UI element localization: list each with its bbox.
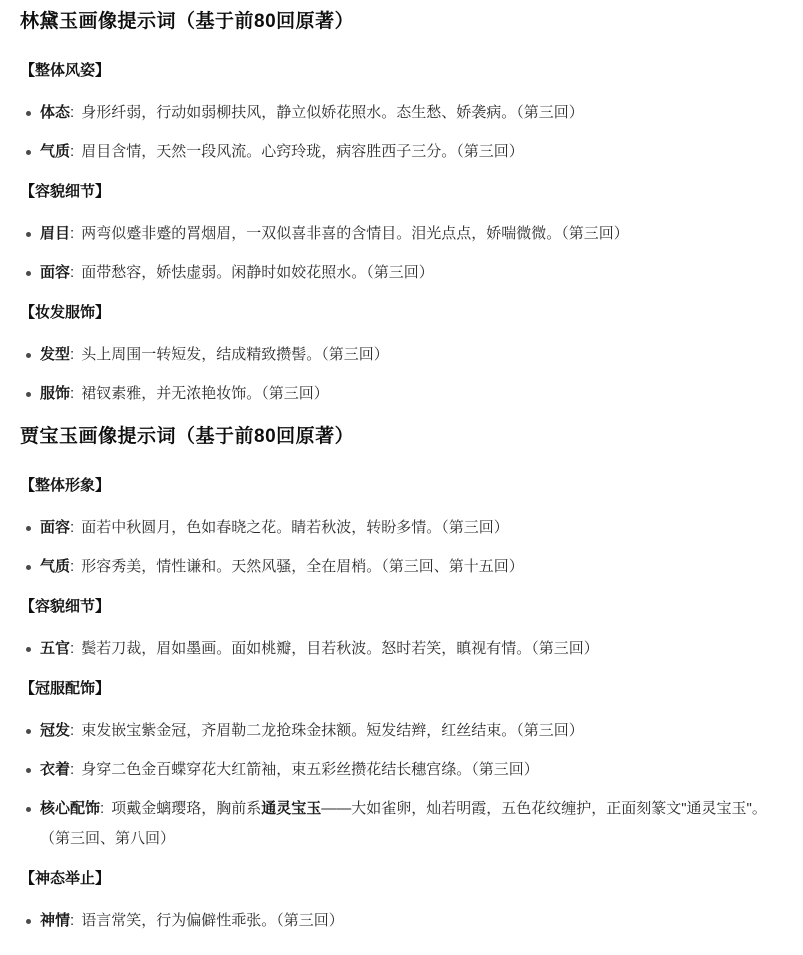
item-term: 面容 xyxy=(40,519,70,536)
bullet-dot-icon xyxy=(26,526,31,531)
list-item: 冠发:束发嵌宝紫金冠，齐眉勒二龙抢珠金抹额。短发结辫，红丝结束。（第三回） xyxy=(20,716,773,746)
list-item: 衣着:身穿二色金百蝶穿花大红箭袖，束五彩丝攒花结长穗宫绦。（第三回） xyxy=(20,755,773,785)
list-item: 体态:身形纤弱，行动如弱柳扶风，静立似娇花照水。态生愁、娇袭病。（第三回） xyxy=(20,98,773,128)
bullet-list: 神情:语言常笑，行为偏僻性乖张。（第三回） xyxy=(20,906,773,936)
item-text: 面若中秋圆月，色如春晓之花。睛若秋波，转盼多情。（第三回） xyxy=(81,519,509,536)
bullet-list: 面容:面若中秋圆月，色如春晓之花。睛若秋波，转盼多情。（第三回） 气质:形容秀美… xyxy=(20,513,773,582)
item-text: 身穿二色金百蝶穿花大红箭袖，束五彩丝攒花结长穗宫绦。（第三回） xyxy=(81,761,539,778)
item-text: 语言常笑，行为偏僻性乖张。（第三回） xyxy=(81,912,344,929)
bullet-dot-icon xyxy=(26,919,31,924)
bullet-dot-icon xyxy=(26,392,31,397)
list-item: 气质:形容秀美，情性谦和。天然风骚，全在眉梢。（第三回、第十五回） xyxy=(20,552,773,582)
page-title-lin-daiyu: 林黛玉画像提示词（基于前80回原著） xyxy=(20,8,773,36)
group-header-face-details: 【容貌细节】 xyxy=(20,180,773,204)
bullet-list: 体态:身形纤弱，行动如弱柳扶风，静立似娇花照水。态生愁、娇袭病。（第三回） 气质… xyxy=(20,98,773,167)
bullet-dot-icon xyxy=(26,150,31,155)
item-separator: : xyxy=(70,385,74,402)
list-item: 服饰:裙钗素雅，并无浓艳妆饰。（第三回） xyxy=(20,379,773,409)
item-term: 面容 xyxy=(40,264,70,281)
item-term: 体态 xyxy=(40,104,70,121)
item-term: 神情 xyxy=(40,912,70,929)
item-separator: : xyxy=(70,761,74,778)
item-term: 眉目 xyxy=(40,225,70,242)
list-item: 气质:眉目含情，天然一段风流。心窍玲珑，病容胜西子三分。（第三回） xyxy=(20,137,773,167)
section-jia-baoyu: 贾宝玉画像提示词（基于前80回原著） 【整体形象】 面容:面若中秋圆月，色如春晓… xyxy=(20,423,773,936)
bullet-dot-icon xyxy=(26,353,31,358)
list-item: 神情:语言常笑，行为偏僻性乖张。（第三回） xyxy=(20,906,773,936)
group-header-crown-accessories: 【冠服配饰】 xyxy=(20,677,773,701)
group-header-demeanor: 【神态举止】 xyxy=(20,867,773,891)
page-title-jia-baoyu: 贾宝玉画像提示词（基于前80回原著） xyxy=(20,423,773,451)
bullet-list: 五官:鬓若刀裁，眉如墨画。面如桃瓣，目若秋波。怒时若笑，瞋视有情。（第三回） xyxy=(20,634,773,664)
item-term: 冠发 xyxy=(40,722,70,739)
item-separator: : xyxy=(70,558,74,575)
bullet-dot-icon xyxy=(26,647,31,652)
group-header-overall-image: 【整体形象】 xyxy=(20,474,773,498)
item-separator: : xyxy=(70,264,74,281)
item-inline-bold: 通灵宝玉 xyxy=(261,800,321,817)
document: 林黛玉画像提示词（基于前80回原著） 【整体风姿】 体态:身形纤弱，行动如弱柳扶… xyxy=(0,0,803,955)
bullet-dot-icon xyxy=(26,232,31,237)
item-term: 气质 xyxy=(40,143,70,160)
item-term: 气质 xyxy=(40,558,70,575)
item-text: 头上周围一转短发，结成精致攒髻。（第三回） xyxy=(81,346,389,363)
list-item: 发型:头上周围一转短发，结成精致攒髻。（第三回） xyxy=(20,340,773,370)
item-text: 裙钗素雅，并无浓艳妆饰。（第三回） xyxy=(81,385,329,402)
list-item: 核心配饰:项戴金螭璎珞，胸前系通灵宝玉——大如雀卵，灿若明霞，五色花纹缠护，正面… xyxy=(20,794,773,854)
bullet-dot-icon xyxy=(26,565,31,570)
bullet-list: 冠发:束发嵌宝紫金冠，齐眉勒二龙抢珠金抹额。短发结辫，红丝结束。（第三回） 衣着… xyxy=(20,716,773,854)
item-text: 面带愁容，娇怯虚弱。闲静时如姣花照水。（第三回） xyxy=(81,264,434,281)
group-header-overall-grace: 【整体风姿】 xyxy=(20,59,773,83)
bullet-list: 发型:头上周围一转短发，结成精致攒髻。（第三回） 服饰:裙钗素雅，并无浓艳妆饰。… xyxy=(20,340,773,409)
item-text-before: 项戴金螭璎珞，胸前系 xyxy=(111,800,261,817)
bullet-dot-icon xyxy=(26,111,31,116)
group-header-face-details-2: 【容貌细节】 xyxy=(20,595,773,619)
list-item: 面容:面若中秋圆月，色如春晓之花。睛若秋波，转盼多情。（第三回） xyxy=(20,513,773,543)
bullet-list: 眉目:两弯似蹙非蹙的罥烟眉，一双似喜非喜的含情目。泪光点点，娇喘微微。（第三回）… xyxy=(20,219,773,288)
bullet-dot-icon xyxy=(26,768,31,773)
item-text: 眉目含情，天然一段风流。心窍玲珑，病容胜西子三分。（第三回） xyxy=(81,143,524,160)
item-separator: : xyxy=(70,722,74,739)
item-term: 发型 xyxy=(40,346,70,363)
list-item: 眉目:两弯似蹙非蹙的罥烟眉，一双似喜非喜的含情目。泪光点点，娇喘微微。（第三回） xyxy=(20,219,773,249)
item-term: 衣着 xyxy=(40,761,70,778)
bullet-dot-icon xyxy=(26,271,31,276)
item-term: 核心配饰 xyxy=(40,800,100,817)
item-text: 两弯似蹙非蹙的罥烟眉，一双似喜非喜的含情目。泪光点点，娇喘微微。（第三回） xyxy=(81,225,629,242)
item-separator: : xyxy=(70,225,74,242)
item-text: 束发嵌宝紫金冠，齐眉勒二龙抢珠金抹额。短发结辫，红丝结束。（第三回） xyxy=(81,722,584,739)
item-text: 形容秀美，情性谦和。天然风骚，全在眉梢。（第三回、第十五回） xyxy=(81,558,524,575)
item-text: 身形纤弱，行动如弱柳扶风，静立似娇花照水。态生愁、娇袭病。（第三回） xyxy=(81,104,584,121)
section-lin-daiyu: 林黛玉画像提示词（基于前80回原著） 【整体风姿】 体态:身形纤弱，行动如弱柳扶… xyxy=(20,8,773,409)
item-separator: : xyxy=(70,346,74,363)
list-item: 五官:鬓若刀裁，眉如墨画。面如桃瓣，目若秋波。怒时若笑，瞋视有情。（第三回） xyxy=(20,634,773,664)
item-separator: : xyxy=(100,800,104,817)
list-item: 面容:面带愁容，娇怯虚弱。闲静时如姣花照水。（第三回） xyxy=(20,258,773,288)
item-text: 鬓若刀裁，眉如墨画。面如桃瓣，目若秋波。怒时若笑，瞋视有情。（第三回） xyxy=(81,640,599,657)
item-separator: : xyxy=(70,640,74,657)
item-term: 服饰 xyxy=(40,385,70,402)
item-term: 五官 xyxy=(40,640,70,657)
item-separator: : xyxy=(70,912,74,929)
item-separator: : xyxy=(70,143,74,160)
bullet-dot-icon xyxy=(26,807,31,812)
group-header-hair-clothing: 【妆发服饰】 xyxy=(20,301,773,325)
item-separator: : xyxy=(70,519,74,536)
item-separator: : xyxy=(70,104,74,121)
bullet-dot-icon xyxy=(26,729,31,734)
